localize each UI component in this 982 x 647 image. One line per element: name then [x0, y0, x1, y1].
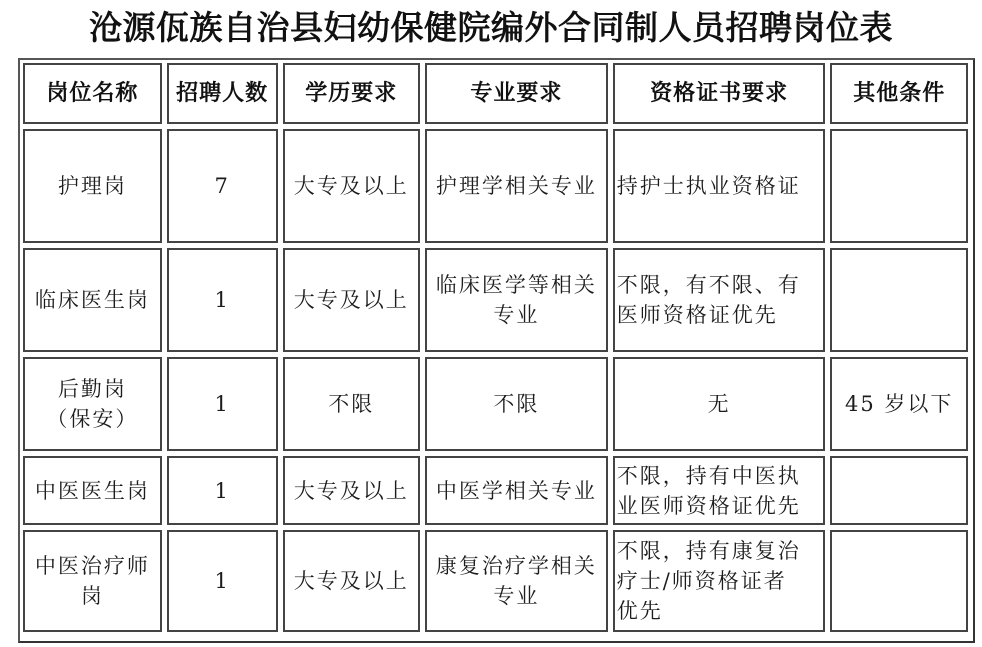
cell-major: 康复治疗学相关 专业 — [425, 530, 608, 632]
major-text: 不限 — [493, 389, 539, 419]
table-header-row: 岗位名称 招聘人数 学历要求 专业要求 资格证书要求 其他条件 — [23, 63, 968, 124]
cell-major: 不限 — [425, 357, 608, 451]
cell-certificate: 无 — [613, 357, 826, 451]
position-text: 中医治疗师 岗 — [35, 551, 150, 611]
other-text: 45 岁以下 — [845, 389, 953, 419]
certificate-text: 不限，有不限、有 医师资格证优先 — [617, 270, 801, 330]
count-text: 1 — [214, 285, 229, 315]
recruitment-table: 岗位名称 招聘人数 学历要求 专业要求 资格证书要求 其他条件 护理岗 7 大专… — [18, 58, 973, 637]
education-text: 大专及以上 — [294, 476, 409, 506]
recruitment-table-frame: 岗位名称 招聘人数 学历要求 专业要求 资格证书要求 其他条件 护理岗 7 大专… — [18, 58, 975, 643]
cell-count: 1 — [167, 357, 278, 451]
major-text: 临床医学等相关 专业 — [436, 270, 597, 330]
header-major: 专业要求 — [425, 63, 608, 124]
cell-other — [830, 530, 968, 632]
cell-other — [830, 456, 968, 525]
cell-certificate: 持护士执业资格证 — [613, 129, 826, 243]
certificate-text: 持护士执业资格证 — [617, 171, 801, 201]
position-text: 临床医生岗 — [35, 285, 150, 315]
count-text: 1 — [214, 389, 229, 419]
header-other: 其他条件 — [830, 63, 968, 124]
cell-education: 不限 — [283, 357, 420, 451]
table-row: 后勤岗 （保安） 1 不限 不限 无 45 岁以下 — [23, 357, 968, 451]
certificate-text: 不限，持有中医执 业医师资格证优先 — [617, 461, 801, 521]
position-text: 中医医生岗 — [35, 476, 150, 506]
count-text: 7 — [214, 171, 229, 201]
cell-position: 中医医生岗 — [23, 456, 162, 525]
certificate-text: 不限，持有康复治 疗士/师资格证者 优先 — [617, 536, 801, 626]
cell-certificate: 不限，持有康复治 疗士/师资格证者 优先 — [613, 530, 826, 632]
table-row: 护理岗 7 大专及以上 护理学相关专业 持护士执业资格证 — [23, 129, 968, 243]
header-education: 学历要求 — [283, 63, 420, 124]
cell-other — [830, 129, 968, 243]
cell-education: 大专及以上 — [283, 248, 420, 352]
table-row: 中医医生岗 1 大专及以上 中医学相关专业 不限，持有中医执 业医师资格证优先 — [23, 456, 968, 525]
cell-position: 后勤岗 （保安） — [23, 357, 162, 451]
cell-education: 大专及以上 — [283, 530, 420, 632]
count-text: 1 — [214, 566, 229, 596]
major-text: 康复治疗学相关 专业 — [436, 551, 597, 611]
position-text: 后勤岗 （保安） — [46, 374, 138, 434]
cell-other — [830, 248, 968, 352]
cell-position: 临床医生岗 — [23, 248, 162, 352]
table-row: 临床医生岗 1 大专及以上 临床医学等相关 专业 不限，有不限、有 医师资格证优… — [23, 248, 968, 352]
cell-position: 中医治疗师 岗 — [23, 530, 162, 632]
cell-count: 7 — [167, 129, 278, 243]
cell-education: 大专及以上 — [283, 456, 420, 525]
cell-certificate: 不限，持有中医执 业医师资格证优先 — [613, 456, 826, 525]
major-text: 中医学相关专业 — [436, 476, 597, 506]
certificate-text: 无 — [708, 389, 731, 419]
cell-certificate: 不限，有不限、有 医师资格证优先 — [613, 248, 826, 352]
cell-other: 45 岁以下 — [830, 357, 968, 451]
cell-major: 中医学相关专业 — [425, 456, 608, 525]
education-text: 不限 — [328, 389, 374, 419]
cell-count: 1 — [167, 456, 278, 525]
cell-education: 大专及以上 — [283, 129, 420, 243]
cell-major: 护理学相关专业 — [425, 129, 608, 243]
count-text: 1 — [214, 476, 229, 506]
cell-position: 护理岗 — [23, 129, 162, 243]
cell-count: 1 — [167, 248, 278, 352]
education-text: 大专及以上 — [294, 171, 409, 201]
position-text: 护理岗 — [58, 171, 127, 201]
cell-count: 1 — [167, 530, 278, 632]
header-certificate: 资格证书要求 — [613, 63, 826, 124]
cell-major: 临床医学等相关 专业 — [425, 248, 608, 352]
page-title: 沧源佤族自治县妇幼保健院编外合同制人员招聘岗位表 — [0, 8, 982, 48]
major-text: 护理学相关专业 — [436, 171, 597, 201]
header-position: 岗位名称 — [23, 63, 162, 124]
table-row: 中医治疗师 岗 1 大专及以上 康复治疗学相关 专业 不限，持有康复治 疗士/师… — [23, 530, 968, 632]
education-text: 大专及以上 — [294, 566, 409, 596]
header-count: 招聘人数 — [167, 63, 278, 124]
education-text: 大专及以上 — [294, 285, 409, 315]
